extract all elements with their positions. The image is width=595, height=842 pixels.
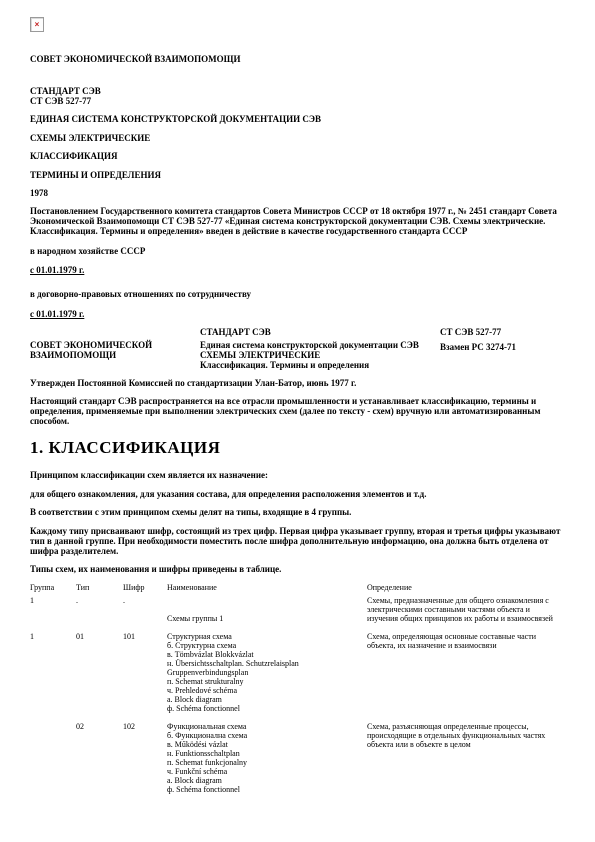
name-line	[167, 605, 361, 614]
classification-table: Группа Тип Шифр Наименование Определение…	[30, 583, 565, 794]
cell-group: 1	[30, 632, 76, 713]
name-line: в. Működési vázlat	[167, 740, 361, 749]
subject-title: СХЕМЫ ЭЛЕКТРИЧЕСКИЕ	[30, 133, 565, 143]
table-row: 02102Функциональная схемаб. Функционална…	[30, 722, 565, 794]
column-header-type: Тип	[76, 583, 123, 592]
name-line: б. Структурна схема	[167, 641, 361, 650]
title-block-system-line: Единая система конструкторской документа…	[200, 340, 440, 350]
name-line: а. Block diagram	[167, 776, 361, 785]
section-paragraph-5: Типы схем, их наименования и шифры приве…	[30, 564, 565, 574]
cell-type: 01	[76, 632, 123, 713]
table-row: 1..Схемы группы 1Схемы, предназначенные …	[30, 596, 565, 623]
intro-paragraph: Настоящий стандарт СЭВ распространяется …	[30, 396, 565, 426]
classification-table-body: 1..Схемы группы 1Схемы, предназначенные …	[30, 596, 565, 794]
name-line: б. Функционална схема	[167, 731, 361, 740]
name-line: п. Schemat strukturalny	[167, 677, 361, 686]
decree-paragraph: Постановлением Государственного комитета…	[30, 206, 565, 236]
title-block-replaces: Взамен РС 3274-71	[440, 342, 565, 352]
year-label: 1978	[30, 188, 565, 198]
name-line: п. Schemat funkcjonalny	[167, 758, 361, 767]
cell-definition: Схема, разъясняющая определенные процесс…	[367, 722, 565, 794]
name-line	[167, 596, 361, 605]
approval-line: Утвержден Постоянной Комиссией по станда…	[30, 378, 565, 388]
terms-title: ТЕРМИНЫ И ОПРЕДЕЛЕНИЯ	[30, 170, 565, 180]
cell-definition: Схемы, предназначенные для общего ознако…	[367, 596, 565, 623]
effective-date-contractual: с 01.01.1979 г.	[30, 309, 565, 319]
cell-name: Функциональная схемаб. Функционална схем…	[167, 722, 367, 794]
effective-date-national: с 01.01.1979 г.	[30, 265, 565, 275]
standard-label: СТАНДАРТ СЭВ	[30, 86, 101, 96]
name-line: ч. Funkční schéma	[167, 767, 361, 776]
classification-table-header: Группа Тип Шифр Наименование Определение	[30, 583, 565, 592]
section-paragraph-1: Принципом классификации схем является их…	[30, 470, 565, 480]
title-block-terms-line: Классификация. Термины и определения	[200, 360, 440, 370]
cell-definition: Схема, определяющая основные составные ч…	[367, 632, 565, 713]
cell-code: 101	[123, 632, 167, 713]
standard-title-block: СОВЕТ ЭКОНОМИЧЕСКОЙ ВЗАИМОПОМОЩИ СТАНДАР…	[30, 327, 565, 370]
standard-code: СТ СЭВ 527-77	[30, 96, 91, 106]
effective-date-link-1[interactable]: с 01.01.1979 г.	[30, 265, 84, 275]
title-block-standard-label: СТАНДАРТ СЭВ	[200, 327, 440, 337]
name-line: н. Übersichtsschaltplan. Schutzrelaispla…	[167, 659, 361, 668]
column-header-code: Шифр	[123, 583, 167, 592]
system-title: ЕДИНАЯ СИСТЕМА КОНСТРУКТОРСКОЙ ДОКУМЕНТА…	[30, 114, 565, 124]
name-line: Функциональная схема	[167, 722, 361, 731]
org-name: СОВЕТ ЭКОНОМИЧЕСКОЙ ВЗАИМОПОМОЩИ	[30, 54, 565, 64]
section-paragraph-2: для общего ознакомления, для указания со…	[30, 489, 565, 499]
broken-image-icon: ×	[30, 17, 44, 32]
cell-name: Структурная схемаб. Структурна схемав. T…	[167, 632, 367, 713]
cell-group	[30, 722, 76, 794]
title-block-right: СТ СЭВ 527-77 Взамен РС 3274-71	[440, 327, 565, 370]
name-line: в. Tömbvázlat Blokkvázlat	[167, 650, 361, 659]
document-page: × СОВЕТ ЭКОНОМИЧЕСКОЙ ВЗАИМОПОМОЩИ СТАНД…	[0, 0, 595, 842]
title-block-org: СОВЕТ ЭКОНОМИЧЕСКОЙ ВЗАИМОПОМОЩИ	[30, 327, 200, 370]
column-header-name: Наименование	[167, 583, 367, 592]
name-line: н. Funktionsschaltplan	[167, 749, 361, 758]
classification-title: КЛАССИФИКАЦИЯ	[30, 151, 565, 161]
name-line: ф. Schéma fonctionnel	[167, 704, 361, 713]
cell-type: 02	[76, 722, 123, 794]
cell-code: .	[123, 596, 167, 623]
cell-type: .	[76, 596, 123, 623]
standard-designation: СТАНДАРТ СЭВ СТ СЭВ 527-77	[30, 86, 565, 106]
name-line: ч. Prehledové schéma	[167, 686, 361, 695]
table-row: 101101Структурная схемаб. Структурна схе…	[30, 632, 565, 713]
cell-code: 102	[123, 722, 167, 794]
name-line: Gruppenverbindungsplan	[167, 668, 361, 677]
title-block-center: СТАНДАРТ СЭВ Единая система конструкторс…	[200, 327, 440, 370]
section-heading: 1. КЛАССИФИКАЦИЯ	[30, 438, 565, 458]
name-line: ф. Schéma fonctionnel	[167, 785, 361, 794]
scope-national: в народном хозяйстве СССР	[30, 246, 565, 256]
cell-name: Схемы группы 1	[167, 596, 367, 623]
column-header-group: Группа	[30, 583, 76, 592]
section-paragraph-4: Каждому типу присваивают шифр, состоящий…	[30, 526, 565, 556]
title-block-code: СТ СЭВ 527-77	[440, 327, 565, 337]
broken-image-x-glyph: ×	[35, 21, 40, 29]
name-line: Структурная схема	[167, 632, 361, 641]
name-line: Схемы группы 1	[167, 614, 361, 623]
section-paragraph-3: В соответствии с этим принципом схемы де…	[30, 507, 565, 517]
effective-date-link-2[interactable]: с 01.01.1979 г.	[30, 309, 84, 319]
cell-group: 1	[30, 596, 76, 623]
title-block-subject-line: СХЕМЫ ЭЛЕКТРИЧЕСКИЕ	[200, 350, 440, 360]
name-line: а. Block diagram	[167, 695, 361, 704]
column-header-definition: Определение	[367, 583, 565, 592]
scope-contractual: в договорно-правовых отношениях по сотру…	[30, 289, 565, 299]
